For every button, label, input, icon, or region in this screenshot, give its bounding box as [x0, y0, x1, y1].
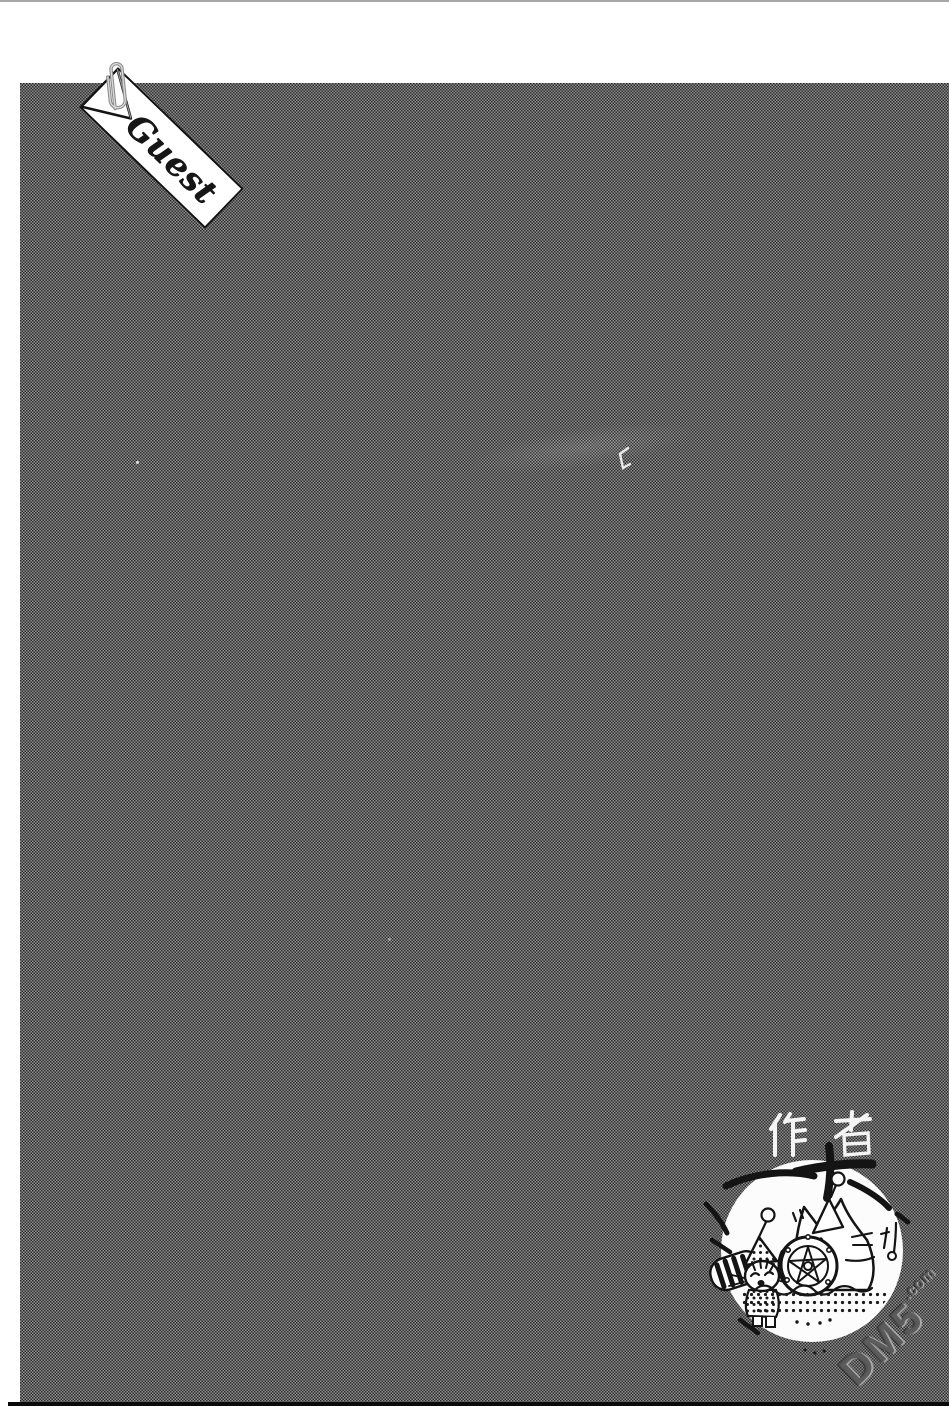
scratch-mark-icon: [600, 432, 660, 482]
top-rule: [0, 0, 949, 2]
bottom-rule: [8, 1402, 949, 1406]
dust-speck: [388, 938, 391, 941]
manga-page: Guest 作者: [0, 0, 949, 1406]
paperclip-icon: [101, 55, 138, 122]
halftone-dot-rows: [742, 1290, 888, 1314]
dust-speck: [136, 461, 139, 464]
author-cats-illustration: [700, 1140, 949, 1406]
